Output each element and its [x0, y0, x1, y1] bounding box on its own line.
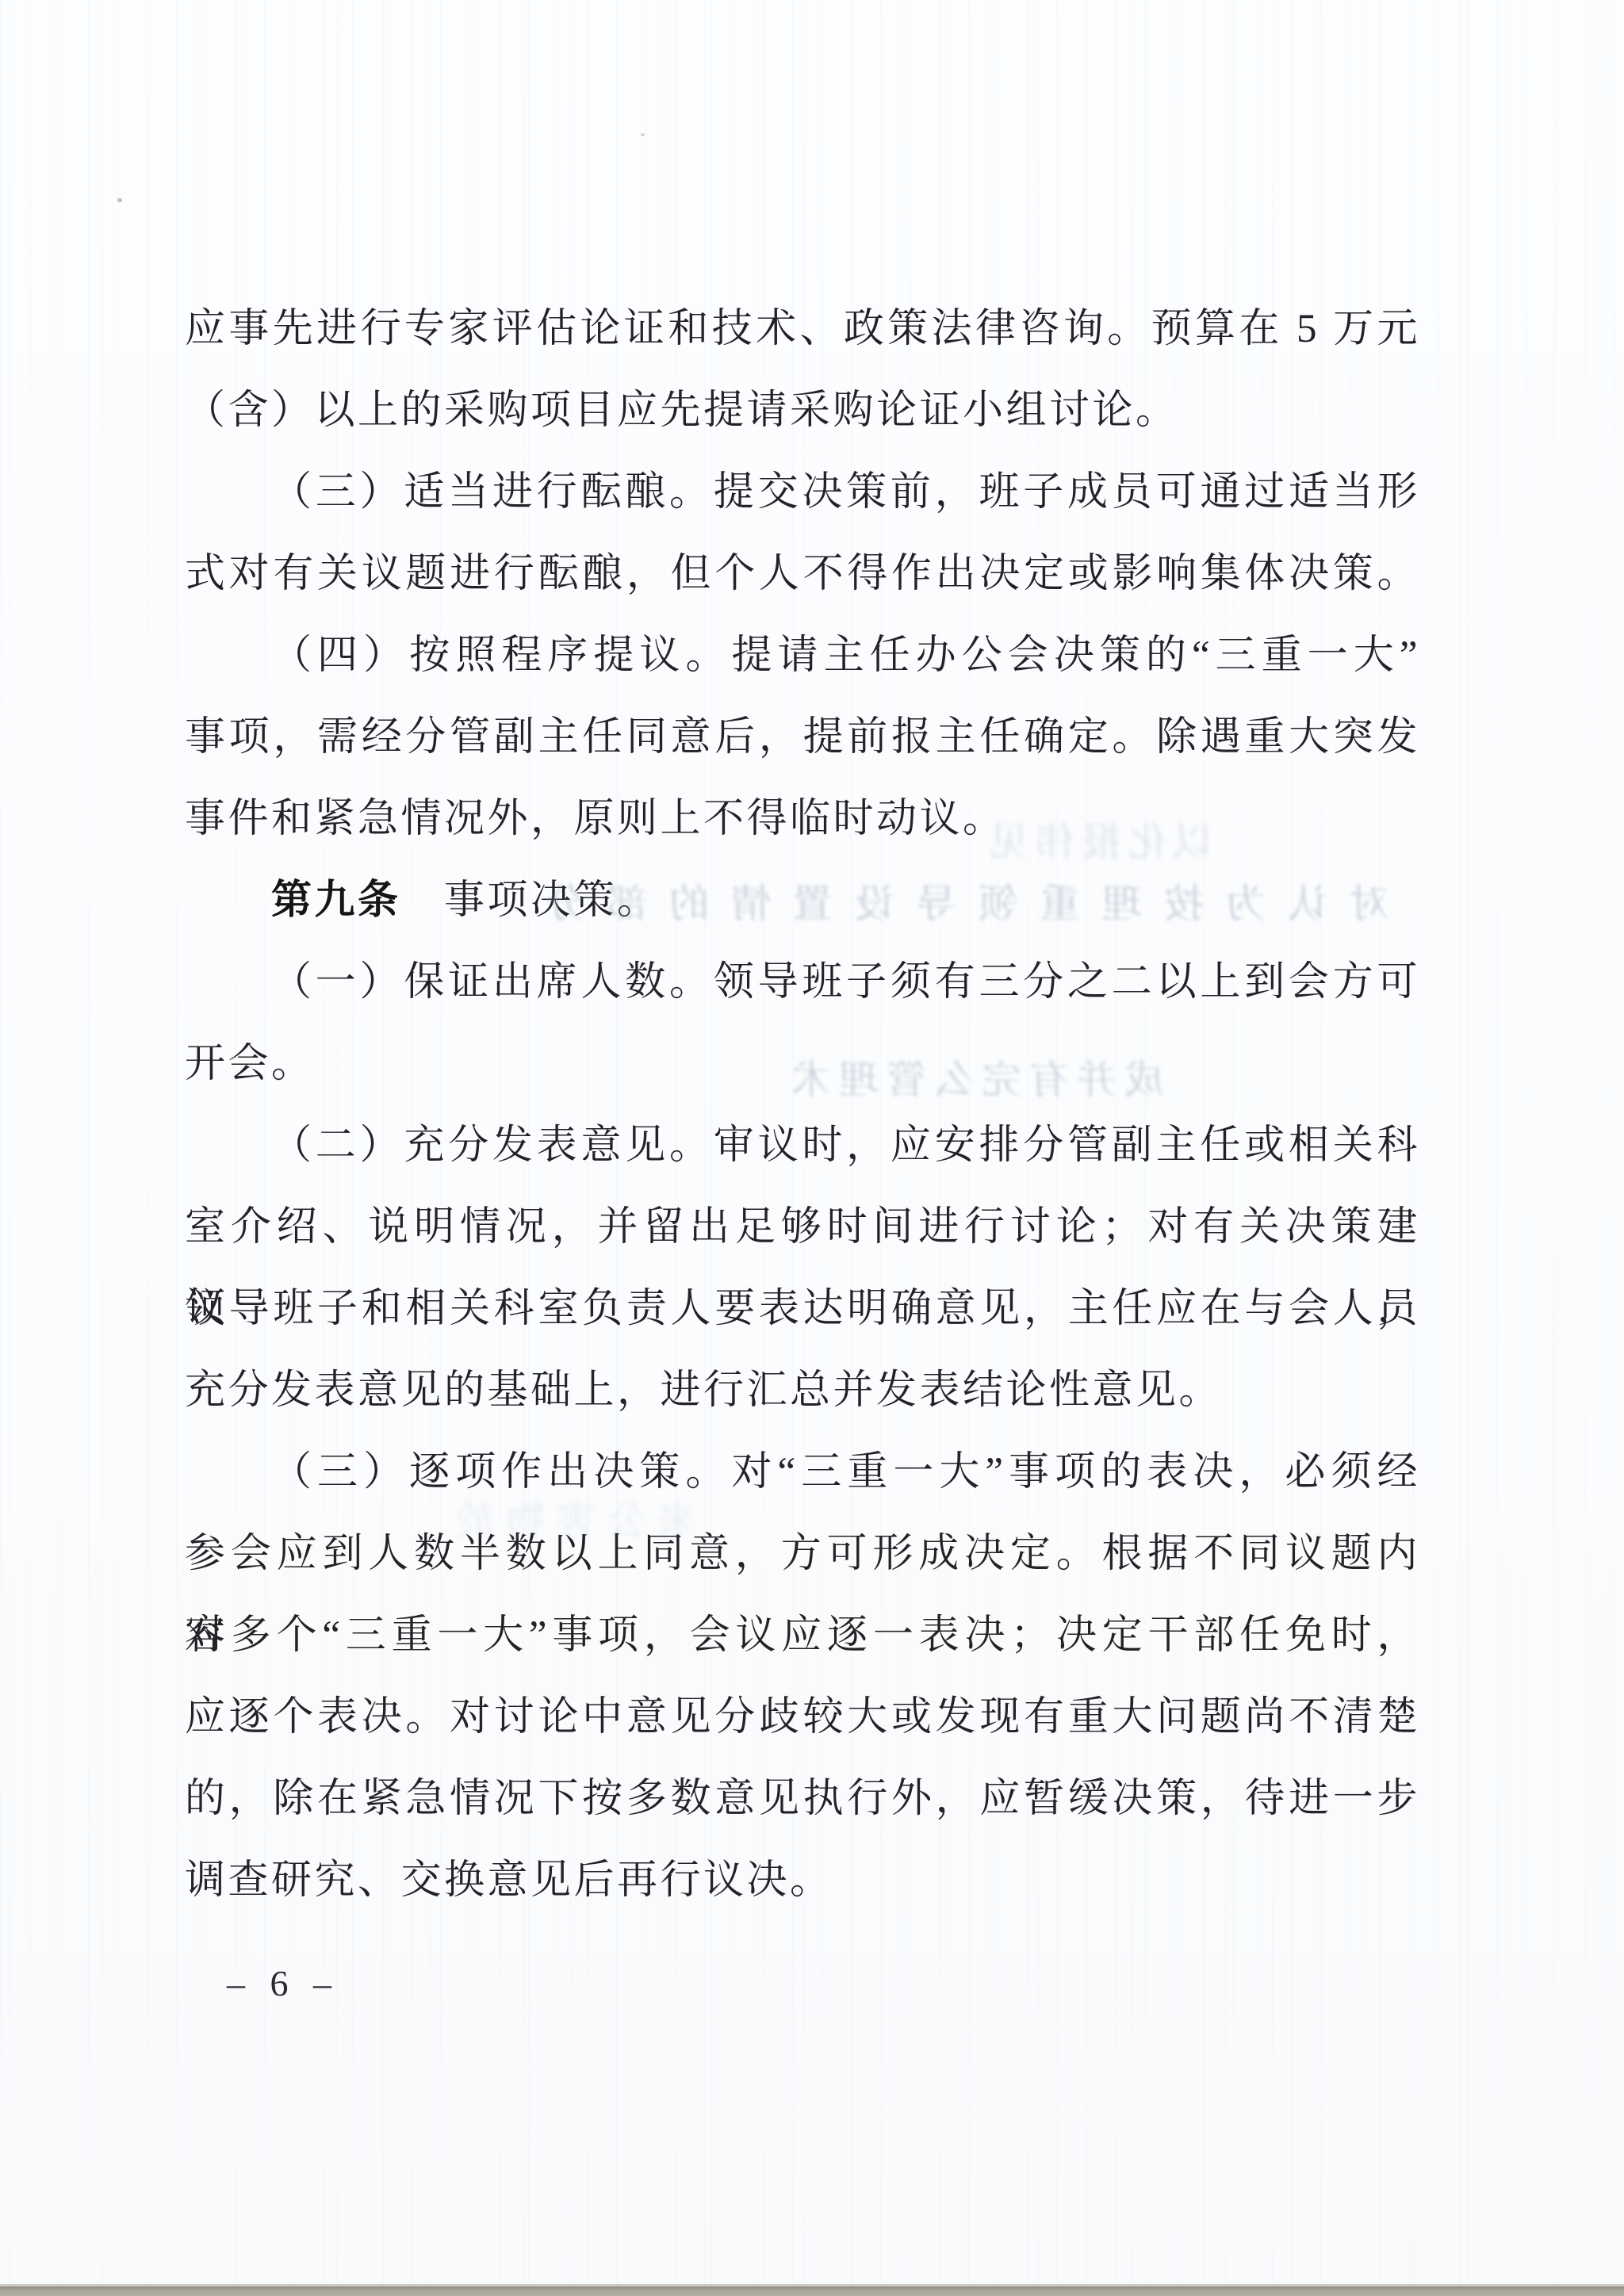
article-heading: 第九条 — [271, 878, 401, 923]
text-line: 调查研究、交换意见后再行议决。 — [185, 1840, 1420, 1922]
text-line: 式对有关议题进行酝酿，但个人不得作出决定或影响集体决策。 — [185, 534, 1420, 615]
text-line: 室介绍、说明情况，并留出足够时间进行讨论；对有关决策建议， — [185, 1187, 1420, 1269]
text-line: 开会。 — [185, 1024, 1420, 1105]
text-line: 第九条 事项决策。 — [185, 860, 1420, 942]
text-line: 事项，需经分管副主任同意后，提前报主任确定。除遇重大突发 — [185, 697, 1420, 779]
text-line: 事件和紧急情况外，原则上不得临时动议。 — [185, 779, 1420, 860]
text-line: 的，除在紧急情况下按多数意见执行外，应暂缓决策，待进一步 — [185, 1758, 1420, 1840]
text-line: 对多个“三重一大”事项，会议应逐一表决；决定干部任免时， — [185, 1595, 1420, 1677]
text-line: （一）保证出席人数。领导班子须有三分之二以上到会方可 — [185, 942, 1420, 1024]
text-line: 领导班子和相关科室负责人要表达明确意见，主任应在与会人员 — [185, 1269, 1420, 1350]
text-line: （三）逐项作出决策。对“三重一大”事项的表决，必须经 — [185, 1432, 1420, 1513]
text-line: 应事先进行专家评估论证和技术、政策法律咨询。预算在 5 万元 — [185, 289, 1420, 370]
text-line: （含）以上的采购项目应先提请采购论证小组讨论。 — [185, 370, 1420, 452]
scanned-document-page: { "document": { "lines": [ { "text": "应事… — [0, 0, 1624, 2296]
text-line: （二）充分发表意见。审议时，应安排分管副主任或相关科 — [185, 1105, 1420, 1187]
text-line: （三）适当进行酝酿。提交决策前，班子成员可通过适当形 — [185, 452, 1420, 534]
page-number: – 6 – — [227, 1944, 339, 2023]
scan-speck — [117, 198, 122, 202]
scan-bottom-edge — [0, 2286, 1624, 2296]
text-line: （四）按照程序提议。提请主任办公会决策的“三重一大” — [185, 615, 1420, 697]
text-line: 充分发表意见的基础上，进行汇总并发表结论性意见。 — [185, 1350, 1420, 1432]
text-line: 参会应到人数半数以上同意，方可形成决定。根据不同议题内容， — [185, 1513, 1420, 1595]
document-body: 应事先进行专家评估论证和技术、政策法律咨询。预算在 5 万元（含）以上的采购项目… — [185, 289, 1420, 1922]
scan-speck — [641, 133, 645, 136]
text-line: 应逐个表决。对讨论中意见分歧较大或发现有重大问题尚不清楚 — [185, 1677, 1420, 1758]
